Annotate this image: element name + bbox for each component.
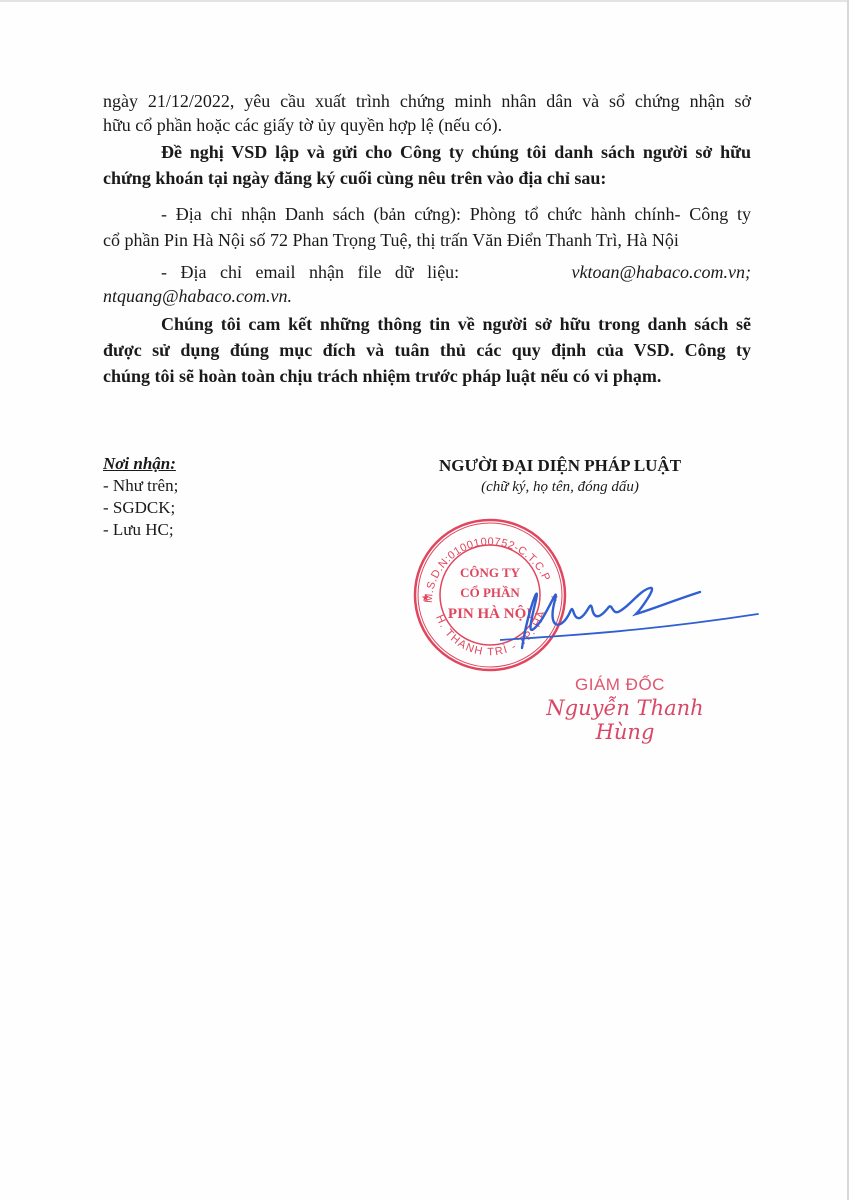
email-label: - Địa chỉ email nhận file dữ liệu: <box>161 260 459 284</box>
document-page: ngày 21/12/2022, yêu cầu xuất trình chứn… <box>0 0 849 1200</box>
email-link-ntquang[interactable]: ntquang@habaco.com.vn. <box>103 284 751 308</box>
email-link-vktoan[interactable]: vktoan@habaco.com.vn; <box>572 260 752 284</box>
para3-line3: chúng tôi sẽ hoàn toàn chịu trách nhiệm … <box>103 364 751 388</box>
para3-line2: được sử dụng đúng mục đích và tuân thủ c… <box>103 338 751 362</box>
bullet2-line1: - Địa chỉ email nhận file dữ liệu: vktoa… <box>103 260 751 284</box>
representative-subtitle: (chữ ký, họ tên, đóng dấu) <box>400 477 720 497</box>
signer-role: GIÁM ĐỐC <box>540 675 700 695</box>
para1-line1: ngày 21/12/2022, yêu cầu xuất trình chứn… <box>103 89 751 113</box>
recipient-item: - SGDCK; <box>103 497 178 519</box>
signature <box>500 570 760 650</box>
para2-line1: Đề nghị VSD lập và gửi cho Công ty chúng… <box>103 140 751 164</box>
bullet1-line1: - Địa chỉ nhận Danh sách (bản cứng): Phò… <box>103 202 751 226</box>
seal-star-icon: ★ <box>421 593 430 604</box>
para3-line1: Chúng tôi cam kết những thông tin về ngư… <box>103 312 751 336</box>
recipients-title: Nơi nhận: <box>103 453 178 475</box>
para2-line2: chứng khoán tại ngày đăng ký cuối cùng n… <box>103 166 751 190</box>
recipient-item: - Lưu HC; <box>103 519 178 541</box>
scan-top-edge <box>0 0 849 2</box>
recipient-item: - Như trên; <box>103 475 178 497</box>
signer-name: Nguyễn Thanh Hùng <box>520 696 730 744</box>
para1-line2: hữu cổ phần hoặc các giấy tờ ủy quyền hợ… <box>103 113 751 137</box>
representative-title: NGƯỜI ĐẠI DIỆN PHÁP LUẬT <box>400 455 720 477</box>
representative-block: NGƯỜI ĐẠI DIỆN PHÁP LUẬT (chữ ký, họ tên… <box>400 455 720 497</box>
recipients-block: Nơi nhận: - Như trên; - SGDCK; - Lưu HC; <box>103 453 178 541</box>
bullet1-line2: cổ phần Pin Hà Nội số 72 Phan Trọng Tuệ,… <box>103 228 751 252</box>
